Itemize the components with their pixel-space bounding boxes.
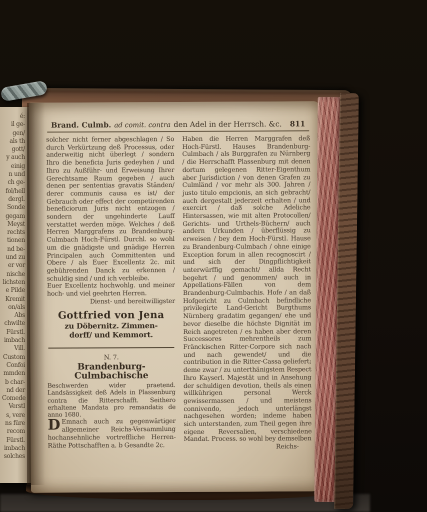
section-divider — [48, 347, 174, 349]
page-content: Brand. Culmb. ad comit. contra den Adel … — [29, 101, 321, 460]
body-paragraph: solcher nicht ferner abgeschlagen / So d… — [46, 136, 175, 283]
running-head-latin: ad comit. contra — [114, 121, 170, 129]
text-column-right: Haben die Herren Marggrafen deß Hoch-Für… — [182, 135, 312, 451]
running-head-subject: den Adel in der Herrsch. &c. — [174, 119, 282, 129]
drop-cap-initial: D — [48, 419, 62, 433]
valediction: Dienst- und bereitwilligster — [47, 298, 175, 306]
left-page-text-fragments: é: il ge- gen/ als th gott/ y auch einig… — [0, 107, 31, 461]
two-column-text: solcher nicht ferner abgeschlagen / So d… — [46, 135, 312, 452]
section-paragraph: DEmnach auch zu gegenwärtiger allgemeine… — [48, 418, 176, 449]
section-paragraph-text: Emnach auch zu gegenwärtiger allgemeiner… — [48, 418, 176, 449]
book-page: Brand. Culmb. ad comit. contra den Adel … — [29, 101, 321, 493]
closing-address: Euer Excellentz hochwohlg. und meiner ho… — [47, 282, 175, 298]
section-subheading: Beschwerden wider praetend. Landsässigke… — [47, 382, 175, 419]
page-number: 811 — [290, 119, 305, 128]
running-head-title: Brand. Culmb. — [51, 120, 111, 129]
running-head: Brand. Culmb. ad comit. contra den Adel … — [46, 119, 310, 129]
left-page-edge: é: il ge- gen/ als th gott/ y auch einig… — [0, 107, 31, 483]
header-rule — [47, 130, 309, 132]
book-photograph-scene: é: il ge- gen/ als th gott/ y auch einig… — [0, 0, 427, 512]
section-heading: Brandenburg-Culmbachische — [47, 363, 175, 383]
body-paragraph: Haben die Herren Marggrafen deß Hoch-Für… — [182, 135, 312, 444]
text-column-left: solcher nicht ferner abgeschlagen / So d… — [46, 136, 176, 452]
signature-name: Gottfried von Jena — [47, 310, 175, 322]
catchword: Reichs- — [184, 443, 312, 451]
signature-places: zu Döbernitz. Zimmen- dorff/ und Kemmort… — [47, 322, 175, 339]
